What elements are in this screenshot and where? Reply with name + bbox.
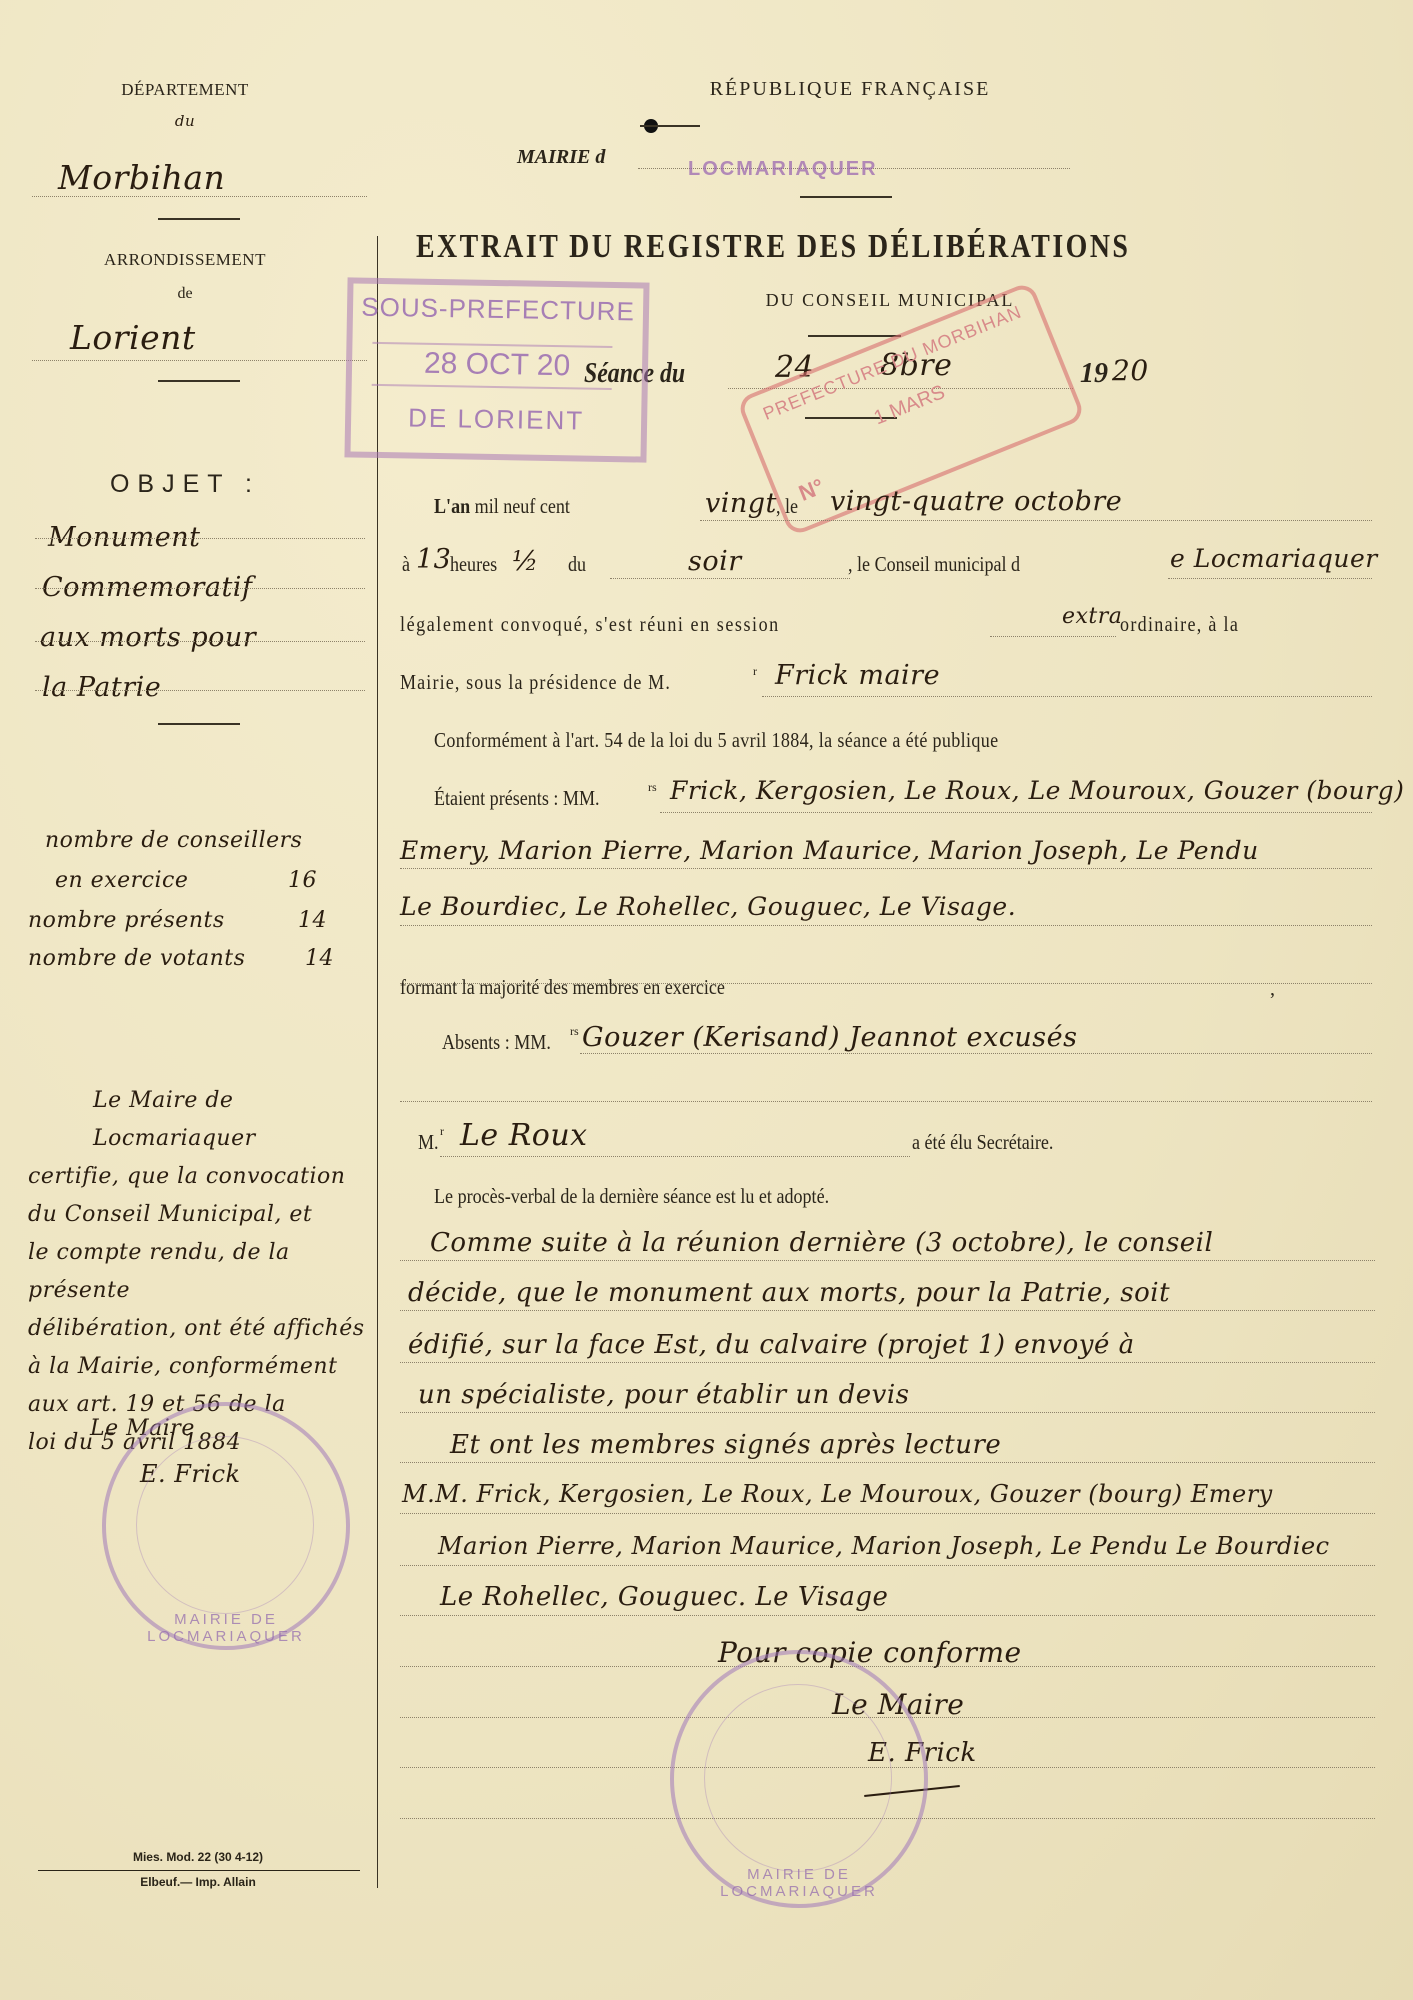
count-value-presents: 14 bbox=[298, 908, 327, 933]
deliberation-line-4: un spécialiste, pour établir un devis bbox=[418, 1380, 910, 1410]
arrondissement-label: ARRONDISSEMENT bbox=[60, 250, 310, 270]
sous-prefecture-stamp: SOUS-PREFECTURE 28 OCT 20 DE LORIENT bbox=[344, 277, 649, 462]
deliberation-line-1: Comme suite à la réunion dernière (3 oct… bbox=[430, 1228, 1213, 1258]
departement-line bbox=[32, 196, 367, 197]
document-subtitle: DU CONSEIL MUNICIPAL bbox=[650, 290, 1130, 311]
arrondissement-value: Lorient bbox=[70, 318, 196, 357]
secretary-suffix: a été élu Secrétaire. bbox=[912, 1130, 1053, 1155]
seance-year-suffix: 20 bbox=[1112, 354, 1149, 387]
note-line: à la Mairie, conformément bbox=[28, 1348, 373, 1386]
divider bbox=[640, 125, 700, 127]
count-label-votants: nombre de votants bbox=[28, 946, 245, 971]
divider bbox=[800, 196, 892, 198]
mairie-stamp: LOCMARIAQUER bbox=[688, 158, 878, 181]
comma-mark: , bbox=[1270, 978, 1275, 1001]
divider bbox=[158, 723, 240, 725]
secretary-name: Le Roux bbox=[460, 1118, 588, 1153]
majority-text: formant la majorité des membres en exerc… bbox=[400, 975, 725, 1000]
republic-heading: RÉPUBLIQUE FRANÇAISE bbox=[600, 78, 1100, 101]
document-title: EXTRAIT DU REGISTRE DES DÉLIBÉRATIONS bbox=[416, 228, 1130, 266]
arrondissement-de: de bbox=[60, 285, 310, 303]
mairie-seal-bottom: MAIRIE DE LOCMARIAQUER bbox=[670, 1650, 928, 1908]
minutes-text: Le procès-verbal de la dernière séance e… bbox=[434, 1184, 829, 1209]
column-divider bbox=[377, 236, 378, 1888]
signatories-line-3: Le Rohellec, Gouguec. Le Visage bbox=[440, 1582, 888, 1612]
departement-value: Morbihan bbox=[58, 158, 225, 197]
count-value-exercice: 16 bbox=[288, 868, 317, 893]
present-line-2: Emery, Marion Pierre, Marion Maurice, Ma… bbox=[400, 836, 1259, 865]
deliberation-line-5: Et ont les membres signés après lecture bbox=[450, 1430, 1001, 1460]
signatories-line-2: Marion Pierre, Marion Maurice, Marion Jo… bbox=[438, 1532, 1330, 1560]
present-label: Étaient présents : MM. bbox=[434, 786, 600, 811]
period-value: soir bbox=[688, 546, 742, 577]
objet-label: OBJET : bbox=[60, 470, 310, 499]
divider bbox=[158, 218, 240, 220]
present-line-3: Le Bourdiec, Le Rohellec, Gouguec, Le Vi… bbox=[400, 892, 1016, 921]
counts-heading: nombre de conseillers bbox=[45, 828, 302, 853]
half-hour-value: ½ bbox=[512, 546, 539, 577]
count-value-votants: 14 bbox=[305, 946, 334, 971]
absent-names: Gouzer (Kerisand) Jeannot excusés bbox=[582, 1022, 1077, 1053]
present-line-1: Frick, Kergosien, Le Roux, Le Mouroux, G… bbox=[670, 776, 1404, 805]
note-line: le compte rendu, de la présente bbox=[28, 1234, 373, 1310]
signatories-line-1: M.M. Frick, Kergosien, Le Roux, Le Mouro… bbox=[402, 1480, 1273, 1508]
footer-model: Mies. Mod. 22 (30 4-12) bbox=[38, 1850, 358, 1864]
departement-de: du bbox=[60, 112, 310, 130]
commune-value: e Locmariaquer bbox=[1170, 544, 1378, 573]
seance-year-prefix: 19 bbox=[1080, 358, 1108, 390]
arrondissement-line bbox=[32, 360, 367, 361]
deliberation-line-3: édifié, sur la face Est, du calvaire (pr… bbox=[408, 1330, 1135, 1360]
mairie-label: MAIRIE d bbox=[517, 146, 605, 169]
deliberation-line-2: décide, que le monument aux morts, pour … bbox=[408, 1278, 1170, 1308]
note-line: délibération, ont été affichés bbox=[28, 1310, 373, 1348]
divider bbox=[808, 335, 901, 337]
mairie-seal-left: MAIRIE DE LOCMARIAQUER bbox=[102, 1402, 350, 1650]
note-line: certifie, que la convocation bbox=[28, 1158, 373, 1196]
hour-value: 13 bbox=[416, 544, 451, 575]
session-type-value: extra bbox=[1062, 604, 1122, 629]
absent-label: Absents : MM. bbox=[442, 1030, 551, 1055]
footer-rule bbox=[38, 1870, 360, 1871]
president-value: Frick maire bbox=[775, 660, 940, 691]
objet-line-3: aux morts pour bbox=[40, 622, 256, 653]
conformement-text: Conformément à l'art. 54 de la loi du 5 … bbox=[434, 728, 999, 753]
departement-label: DÉPARTEMENT bbox=[60, 80, 310, 100]
body-line-1: L'an mil neuf cent bbox=[434, 494, 570, 519]
count-label-exercice: en exercice bbox=[55, 868, 188, 893]
date-value: vingt-quatre octobre bbox=[830, 486, 1122, 517]
year-value: vingt bbox=[705, 488, 777, 519]
objet-line-4: la Patrie bbox=[42, 672, 161, 703]
count-label-presents: nombre présents bbox=[28, 908, 225, 933]
note-line: Le Maire de Locmariaquer bbox=[28, 1082, 373, 1158]
note-line: du Conseil Municipal, et bbox=[28, 1196, 373, 1234]
divider bbox=[158, 380, 240, 382]
footer-printer: Elbeuf.— Imp. Allain bbox=[38, 1875, 358, 1889]
